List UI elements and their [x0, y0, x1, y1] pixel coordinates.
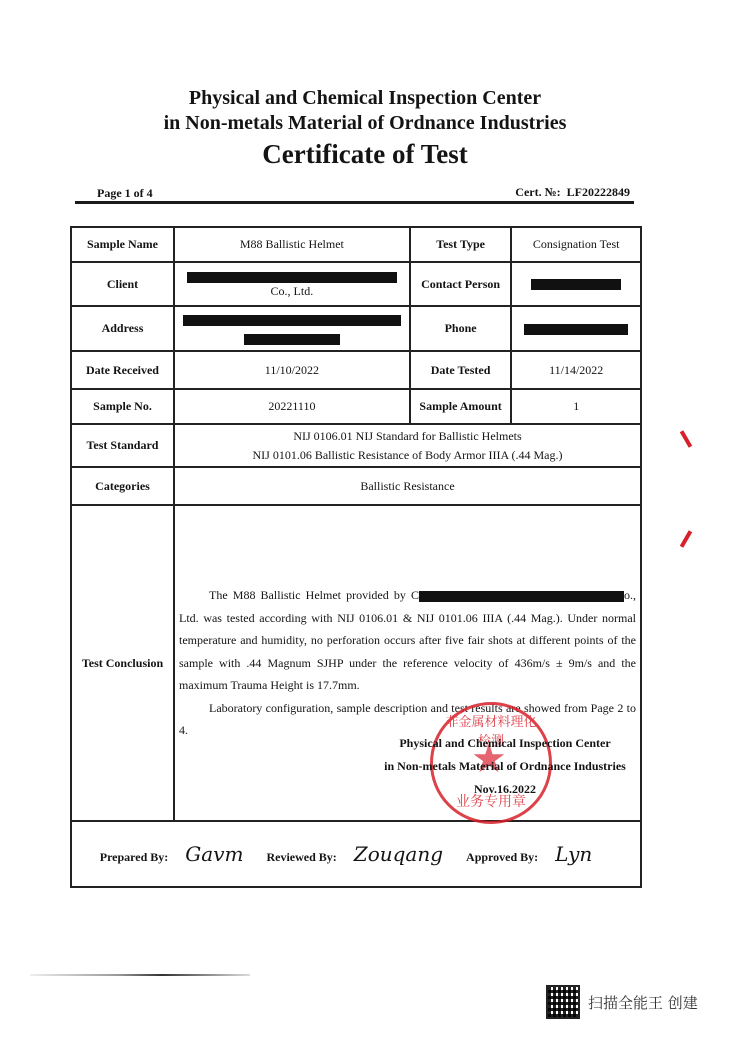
- org-name-line1: Physical and Chemical Inspection Center: [0, 86, 730, 110]
- issuer-line2: in Non-metals Material of Ordnance Indus…: [355, 755, 655, 778]
- sample-no-value: 20221110: [174, 389, 410, 424]
- test-conclusion-label: Test Conclusion: [71, 505, 174, 821]
- qr-code-icon: [546, 985, 580, 1019]
- scan-artifact-line: [30, 974, 250, 976]
- reviewed-by-signature: Zouqang: [354, 842, 443, 866]
- prepared-by-label: Prepared By:: [100, 850, 169, 864]
- seal-edge-mark: [680, 430, 692, 448]
- header-rule: [75, 201, 634, 204]
- date-received-value: 11/10/2022: [174, 351, 410, 389]
- sample-amount-label: Sample Amount: [410, 389, 512, 424]
- watermark-text: 扫描全能王 创建: [588, 992, 698, 1013]
- cert-number-value: LF20222849: [567, 185, 630, 199]
- document-title: Certificate of Test: [0, 138, 730, 170]
- address-value: [174, 306, 410, 351]
- sample-name-value: M88 Ballistic Helmet: [174, 227, 410, 262]
- test-conclusion-value: The M88 Ballistic Helmet provided by Co.…: [174, 505, 641, 821]
- certificate-table: Sample Name M88 Ballistic Helmet Test Ty…: [70, 226, 642, 888]
- address-label: Address: [71, 306, 174, 351]
- test-standard-line1: NIJ 0106.01 NIJ Standard for Ballistic H…: [179, 427, 636, 446]
- phone-label: Phone: [410, 306, 512, 351]
- redaction-bar: [244, 334, 340, 345]
- org-name-line2: in Non-metals Material of Ordnance Indus…: [0, 111, 730, 135]
- issuer-line1: Physical and Chemical Inspection Center: [355, 732, 655, 755]
- client-value: Co., Ltd.: [174, 262, 410, 306]
- test-type-value: Consignation Test: [511, 227, 641, 262]
- redaction-bar: [183, 315, 401, 326]
- test-standard-label: Test Standard: [71, 424, 174, 467]
- issuer-block: Physical and Chemical Inspection Center …: [355, 732, 655, 801]
- scanner-watermark: 扫描全能王 创建: [546, 985, 698, 1019]
- reviewed-by-label: Reviewed By:: [266, 850, 336, 864]
- conclusion-p1-start: The M88 Ballistic Helmet provided by C: [209, 588, 419, 602]
- sample-amount-value: 1: [511, 389, 641, 424]
- test-standard-value: NIJ 0106.01 NIJ Standard for Ballistic H…: [174, 424, 641, 467]
- redaction-bar: [524, 324, 628, 335]
- cert-number: Cert. №:LF20222849: [515, 185, 630, 200]
- client-suffix: Co., Ltd.: [271, 284, 314, 298]
- contact-person-label: Contact Person: [410, 262, 512, 306]
- redaction-bar: [419, 591, 624, 602]
- test-type-label: Test Type: [410, 227, 512, 262]
- test-standard-line2: NIJ 0101.06 Ballistic Resistance of Body…: [179, 446, 636, 465]
- client-label: Client: [71, 262, 174, 306]
- prepared-by-signature: Gavm: [185, 842, 243, 866]
- signature-row: Prepared By: Gavm Reviewed By: Zouqang A…: [71, 821, 641, 887]
- edge-seal-fragment: [682, 430, 702, 550]
- sample-name-label: Sample Name: [71, 227, 174, 262]
- issue-date: Nov.16.2022: [355, 778, 655, 801]
- redaction-bar: [187, 272, 397, 283]
- date-tested-value: 11/14/2022: [511, 351, 641, 389]
- date-received-label: Date Received: [71, 351, 174, 389]
- conclusion-paragraph-1: The M88 Ballistic Helmet provided by Co.…: [179, 584, 636, 697]
- sample-no-label: Sample No.: [71, 389, 174, 424]
- contact-person-value: [511, 262, 641, 306]
- conclusion-p1-end: o., Ltd. was tested according with NIJ 0…: [179, 588, 636, 692]
- seal-edge-mark: [680, 530, 692, 548]
- cert-number-label: Cert. №:: [515, 185, 560, 199]
- categories-value: Ballistic Resistance: [174, 467, 641, 505]
- phone-value: [511, 306, 641, 351]
- approved-by-signature: Lyn: [555, 842, 592, 866]
- categories-label: Categories: [71, 467, 174, 505]
- date-tested-label: Date Tested: [410, 351, 512, 389]
- redaction-bar: [531, 279, 621, 290]
- approved-by-label: Approved By:: [466, 850, 538, 864]
- page-number: Page 1 of 4: [97, 186, 153, 201]
